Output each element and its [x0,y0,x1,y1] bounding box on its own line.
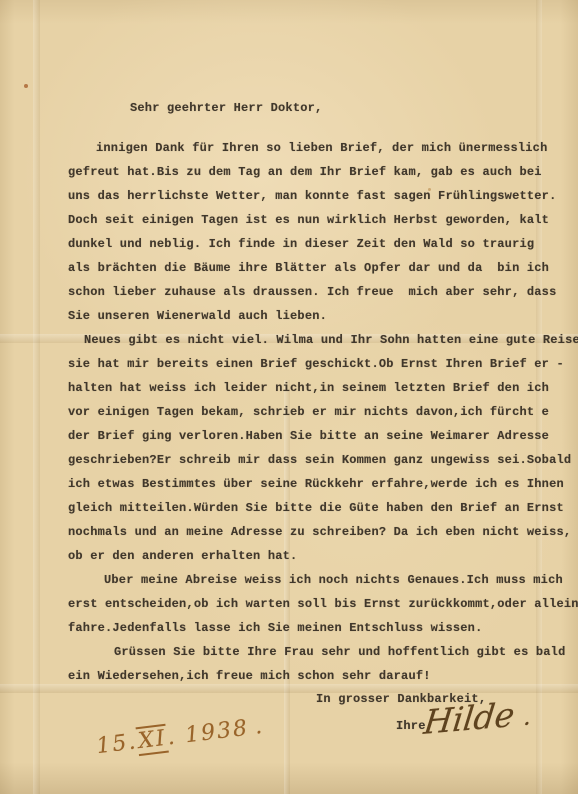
typewritten-text: Sehr geehrter Herr Doktor, innigen Dank … [68,96,568,688]
letter-line: Sie unseren Wienerwald auch lieben. [68,304,568,328]
date-year: 1938 [175,716,250,750]
letter-line: ein Wiedersehen,ich freue mich schon seh… [68,664,568,688]
letter-line: nochmals und an meine Adresse zu schreib… [68,520,568,544]
paper-speck [24,84,28,88]
letter-line: ich etwas Bestimmtes über seine Rückkehr… [68,472,568,496]
letter-line: fahre.Jedenfalls lasse ich Sie meinen En… [68,616,568,640]
handwritten-date: 15.XI. 1938. [95,714,265,759]
date-day: 15. [95,729,139,759]
letter-line: erst entscheiden,ob ich warten soll bis … [68,592,568,616]
date-period: . [253,714,265,740]
letter-line: innigen Dank für Ihren so lieben Brief, … [68,136,568,160]
date-month-roman: XI [136,724,170,756]
letter-line: ob er den anderen erhalten hat. [68,544,568,568]
handwritten-signature: Hilde. [422,693,535,742]
letter-line: als brächten die Bäume ihre Blätter als … [68,256,568,280]
letter-line: sie hat mir bereits einen Brief geschick… [68,352,568,376]
letter-photo: Sehr geehrter Herr Doktor, innigen Dank … [0,0,578,794]
letter-line: vor einigen Tagen bekam, schrieb er mir … [68,400,568,424]
signature-name: Hilde [422,695,517,742]
letter-line: gefreut hat.Bis zu dem Tag an dem Ihr Br… [68,160,568,184]
signature-prefix: Ihre [396,719,426,733]
letter-line: Doch seit einigen Tagen ist es nun wirkl… [68,208,568,232]
signature-period: . [522,702,533,731]
letter-line: dunkel und neblig. Ich finde in dieser Z… [68,232,568,256]
letter-line: schon lieber zuhause als draussen. Ich f… [68,280,568,304]
paper-fold-left [33,0,40,794]
letter-line: der Brief ging verloren.Haben Sie bitte … [68,424,568,448]
letter-line: halten hat weiss ich leider nicht,in sei… [68,376,568,400]
letter-line: Neues gibt es nicht viel. Wilma und Ihr … [68,328,568,352]
letter-line: Uber meine Abreise weiss ich noch nichts… [68,568,568,592]
letter-line: geschrieben?Er schreib mir dass sein Kom… [68,448,568,472]
letter-line: uns das herrlichste Wetter, man konnte f… [68,184,568,208]
letter-line: Grüssen Sie bitte Ihre Frau sehr und hof… [68,640,568,664]
greeting-line: Sehr geehrter Herr Doktor, [130,96,568,120]
letter-line: gleich mitteilen.Würden Sie bitte die Gü… [68,496,568,520]
